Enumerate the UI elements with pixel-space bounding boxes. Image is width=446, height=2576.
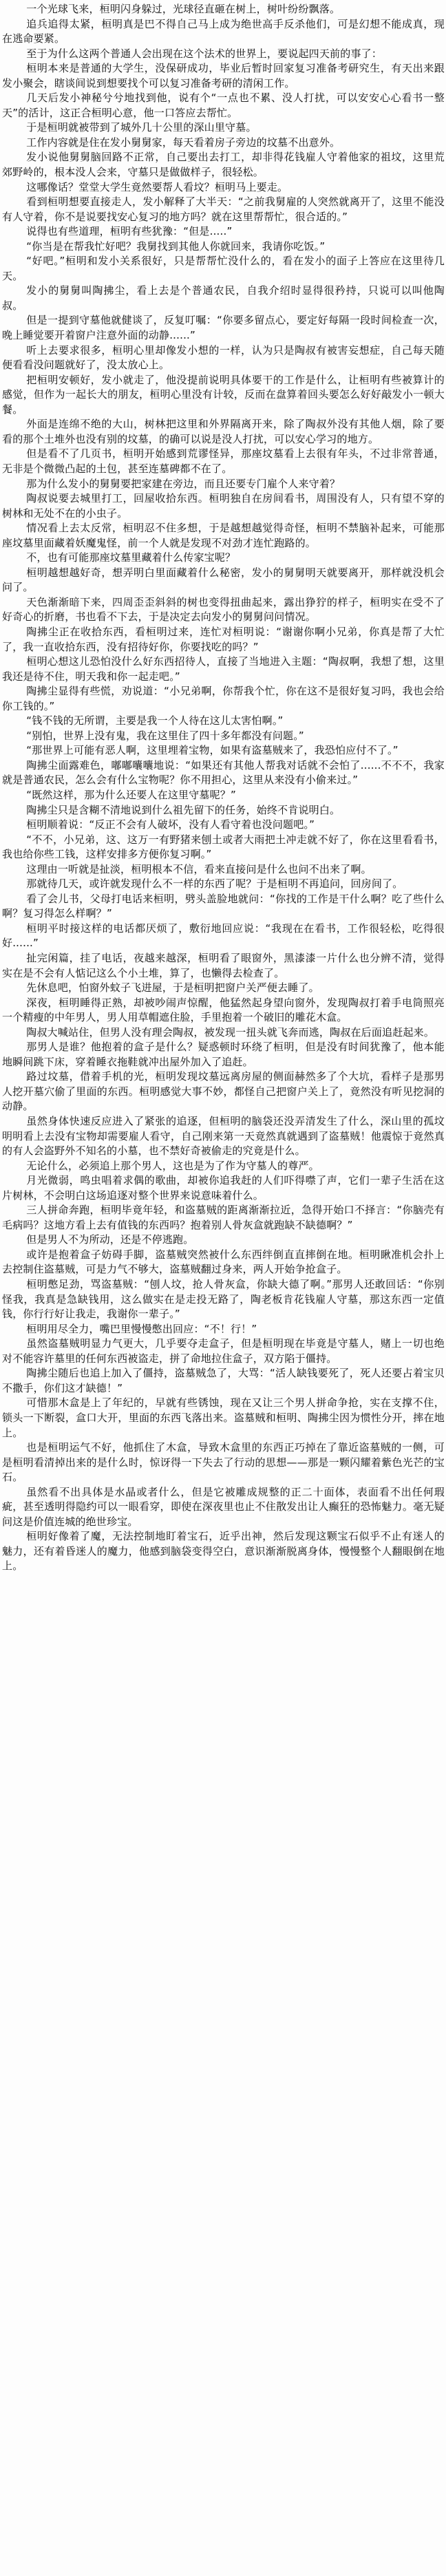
paragraph: 但是一提到守墓他就健谈了，反复叮嘱：“你要多留点心，要定好每隔一段时间检查一次，… [2, 313, 445, 343]
paragraph: 虽然盗墓贼明显力气更大，几乎要夺走盒子，但是桓明现在毕竟是守墓人，赌上一切也绝对… [2, 1337, 445, 1366]
paragraph: 无论什么，必须追上那个男人，这也是为了作为守墓人的尊严。 [2, 1159, 445, 1174]
paragraph: 天色渐渐暗下来，四周歪歪斜斜的树也变得扭曲起来，露出狰狞的样子，桓明实在受不了好… [2, 595, 445, 625]
paragraph: “那世界上可能有恶人啊，这里埋着宝物，如果有盗墓贼来了，我恐怕应付不了。” [2, 743, 445, 758]
paragraph: 追兵追得太紧，桓明真是巴不得自己马上成为绝世高手反杀他们，可是幻想不能成真，现在… [2, 17, 445, 47]
paragraph: 发小说他舅舅脑回路不正常，自己要出去打工，却非得花钱雇人守着他家的祖坟，这里荒郊… [2, 150, 445, 180]
paragraph: 不，也有可能那座坟墓里藏着什么传家宝呢？ [2, 551, 445, 566]
paragraph: 那为什么发小的舅舅要把家建在旁边，而且还要专门雇个人来守着？ [2, 477, 445, 492]
paragraph: 至于为什么这两个普通人会出现在这个法术的世界上，要说起四天前的事了： [2, 47, 445, 62]
paragraph: 桓明本来是普通的大学生，没保研成功，毕业后暂时回家复习准备考研究生，有天出来跟发… [2, 61, 445, 91]
paragraph: “好吧。”桓明和发小关系很好，只是帮帮忙没什么的，看在发小的面子上答应在这里待几… [2, 254, 445, 284]
paragraph: 虽然身体快速反应进入了紧张的追逐，但桓明的脑袋还没弄清发生了什么，深山里的孤坟明… [2, 1114, 445, 1159]
paragraph: 三人拼命奔跑，桓明毕竟年轻，和盗墓贼的距离渐渐拉近，急得开始口不择言：“你脑壳有… [2, 1203, 445, 1233]
paragraph: 陶叔大喊站住，但男人没有理会陶叔，被发现一扭头就飞奔而逃，陶叔在后面追赶起来。 [2, 1025, 445, 1041]
paragraph: 情况看上去太反常，桓明忍不住多想，于是越想越觉得奇怪，桓明不禁脑补起来，可能那座… [2, 521, 445, 551]
paragraph: 桓明好像着了魔，无法控制地盯着宝石，近乎出神，然后发现这颗宝石似乎不止有迷人的魅… [2, 1529, 445, 1574]
paragraph: 陶拂尘随后也追上加入了僵持，盗墓贼急了，大骂：“活人缺钱要死了，死人还要占着宝贝… [2, 1366, 445, 1396]
paragraph: 工作内容就是住在发小舅舅家，每天看着房子旁边的坟墓不出意外。 [2, 136, 445, 151]
paragraph: 陶拂尘显得有些慌，劝说道：“小兄弟啊，你帮我个忙，你在这不是很好复习吗，我也会给… [2, 684, 445, 714]
paragraph: 桓明用尽全力，嘴巴里慢慢憋出回应：“不！行！” [2, 1322, 445, 1337]
document-page: 一个光球飞来，桓明闪身躲过，光球径直砸在树上，树叶纷纷飘落。追兵追得太紧，桓明真… [0, 0, 446, 2576]
paragraph: 扯完闲篇，挂了电话，夜越来越深，桓明看了眼窗外，黑漆漆一片什么也分辨不清，觉得实… [2, 951, 445, 981]
paragraph: “别怕，世界上没有鬼，我在这里住了四十多年都没有问题。” [2, 729, 445, 744]
paragraph: 桓明平时接这样的电话都厌烦了，敷衍地回应说：“我现在在看书，工作很轻松，吃得很好… [2, 922, 445, 951]
paragraph: 桓明憋足劲，骂盗墓贼：“刨人坟，抢人骨灰盒，你缺大德了啊。”那男人还敢回话：“你… [2, 1277, 445, 1322]
paragraph: 听上去要求很多，桓明心里却像发小想的一样，认为只是陶叔有被害妄想症，自己每天随便… [2, 343, 445, 373]
paragraph: 一个光球飞来，桓明闪身躲过，光球径直砸在树上，树叶纷纷飘落。 [2, 2, 445, 17]
paragraph: 但是男人不为所动，还是不停逃跑。 [2, 1233, 445, 1248]
paragraph: 桓明越想越好奇，想弄明白里面藏着什么秘密，发小的舅舅明天就要离开，那样就没机会问… [2, 566, 445, 595]
paragraph: 这理由一听就是扯淡，桓明根本不信，看来直接问是什么也问不出来了啊。 [2, 862, 445, 877]
paragraph: 或许是抱着盒子妨碍手脚，盗墓贼突然被什么东西绊倒直直摔倒在地。桓明瞅准机会扑上去… [2, 1248, 445, 1277]
paragraph: 可惜那木盒是上了年纪的，早就有些锈蚀，现在又让三个男人拼命争抢，实在支撑不住，锁… [2, 1396, 445, 1440]
paragraph: 也是桓明运气不好，他抓住了木盒，导致木盒里的东西正巧掉在了靠近盗墓贼的一侧，可是… [2, 1440, 445, 1485]
paragraph: “钱不钱的无所谓，主要是我一个人待在这儿太害怕啊。” [2, 714, 445, 729]
paragraph: 那男人是谁？他抱着的盒子是什么？疑惑顿时环绕了桓明，但是没有时间犹豫了，他本能地… [2, 1040, 445, 1069]
paragraph: 说得也有些道理，桓明有些犹豫：“但是.....” [2, 224, 445, 239]
paragraph: 看到桓明想要直接走人，发小解释了大半天：“之前我舅雇的人突然就离开了，这里不能没… [2, 195, 445, 224]
paragraph: 于是桓明就被带到了城外几十公里的深山里守墓。 [2, 120, 445, 136]
paragraph: 发小的舅舅叫陶拂尘，看上去是个普通农民，自我介绍时显得很矜持，只说可以叫他陶叔。 [2, 284, 445, 313]
paragraph: 月光微弱，鸣虫唱着求偶的歌曲，却被你追我赶的人们吓得噤了声，它们一辈子生活在这片… [2, 1173, 445, 1203]
paragraph: 桓明心想这儿恐怕没什么好东西招待人，直接了当地进入主题：“陶叔啊，我想了想，这里… [2, 654, 445, 684]
paragraph: 但是看不了几页书，桓明开始感到荒谬怪异，那座坟墓看上去很有年头，不过非常普通，无… [2, 447, 445, 476]
paragraph: “你当是在帮我忙好吧？我舅找到其他人你就回来，我请你吃饭。” [2, 239, 445, 255]
paragraph: 外面是连绵不绝的大山，树林把这里和外界隔离开来，除了陶叔外没有其他人烟，除了要看… [2, 417, 445, 447]
paragraph: 虽然看不出具体是水晶或者什么，但是它被雕成规整的正二十面体，表面看不出任何瑕疵，… [2, 1485, 445, 1530]
paragraph: 陶叔说要去城里打工，回屋收拾东西。桓明独自在房间看书，周围没有人，只有望不穿的树… [2, 491, 445, 521]
paragraph: 这哪像话？堂堂大学生竟然要帮人看坟？桓明马上要走。 [2, 180, 445, 195]
paragraph: 先休息吧，怕窗外蚊子飞进屋，于是桓明把窗户关严便去睡了。 [2, 981, 445, 996]
paragraph: 几天后发小神秘兮兮地找到他，说有个“一点也不累、没人打扰，可以安安心心看书一整天… [2, 91, 445, 120]
paragraph: 路过坟墓，借着手机的光，桓明发现坟墓远离房屋的侧面赫然多了个大坑，看样子是那男人… [2, 1069, 445, 1114]
paragraph: “既然这样，那为什么还要人在这里守墓呢？” [2, 788, 445, 803]
paragraph: 深夜，桓明睡得正熟，却被吵闹声惊醒，他猛然起身望向窗外，发现陶叔打着手电筒照亮一… [2, 996, 445, 1025]
paragraph: 看了会儿书，父母打电话来桓明，劈头盖脸地就问：“你找的工作是干什么啊？吃了些什么… [2, 892, 445, 922]
paragraph: 陶拂尘只是含糊不清地说到什么祖先留下的任务，始终不肯说明白。 [2, 803, 445, 818]
paragraph: 把桓明安顿好，发小就走了，他没提前说明具体要干的工作是什么，让桓明有些被算计的感… [2, 373, 445, 418]
paragraph: 陶拂尘正在收拾东西，看桓明过来，连忙对桓明说：“谢谢你啊小兄弟，你真是帮了大忙了… [2, 625, 445, 654]
paragraph: 陶拂尘面露难色，嘟嘟囔囔地说：“如果还有其他人帮我对话就不会怕了......不不… [2, 758, 445, 788]
paragraph: “不不，小兄弟，这、这万一有野猪来刨土或者大雨把土冲走就不好了，你在这里看看书，… [2, 833, 445, 862]
paragraph: 桓明顺着说：“反正不会有人破坏，没有人看守着也没问题吧。” [2, 818, 445, 833]
paragraph: 那就待几天，或许就发现什么不一样的东西了呢？于是桓明不再追问，回房间了。 [2, 877, 445, 892]
story-text: 一个光球飞来，桓明闪身躲过，光球径直砸在树上，树叶纷纷飘落。追兵追得太紧，桓明真… [0, 0, 446, 1574]
